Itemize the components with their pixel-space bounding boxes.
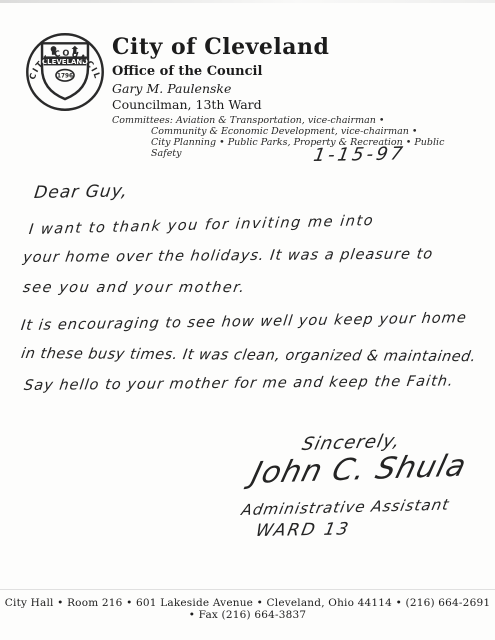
handwritten-body-line: your home over the holidays. It was a pl… — [22, 246, 434, 266]
handwritten-body-line: Say hello to your mother for me and keep… — [23, 374, 455, 394]
letterhead: City of Cleveland Office of the Council … — [112, 36, 472, 159]
city-council-seal-icon: CLEVELAND 1796 CITY COUNCIL — [24, 29, 106, 115]
handwritten-body-line: I want to thank you for inviting me into — [28, 213, 375, 238]
handwritten-salutation: Dear Guy, — [33, 181, 129, 203]
letterhead-office: Office of the Council — [112, 64, 472, 79]
handwritten-signer-title: Administrative Assistant — [240, 496, 451, 519]
committees-line-2: Community & Economic Development, vice-c… — [112, 126, 472, 137]
handwritten-ward: WARD 13 — [254, 519, 352, 541]
footer-address-line: City Hall • Room 216 • 601 Lakeside Aven… — [0, 597, 495, 621]
footer-divider — [0, 589, 495, 590]
committees-line-3: City Planning • Public Parks, Property &… — [112, 137, 472, 159]
handwritten-body-line: It is encouraging to see how well you ke… — [20, 310, 468, 334]
letterhead-title: City of Cleveland — [112, 36, 472, 59]
seal-year-text: 1796 — [57, 74, 73, 80]
letter-page: CLEVELAND 1796 CITY COUNCIL City of Clev… — [0, 0, 495, 640]
handwritten-body-line: in these busy times. It was clean, organ… — [20, 346, 477, 365]
letterhead-official-title: Councilman, 13th Ward — [112, 97, 472, 112]
letterhead-official-name: Gary M. Paulenske — [112, 81, 472, 96]
committees-line-1: Committees: Aviation & Transportation, v… — [112, 115, 472, 126]
handwritten-body-line: see you and your mother. — [22, 280, 247, 296]
handwritten-date: 1-15-97 — [312, 143, 407, 166]
scan-artifact-top-edge — [0, 0, 495, 3]
letterhead-committees: Committees: Aviation & Transportation, v… — [112, 115, 472, 159]
handwritten-signature: John C. Shula — [248, 449, 470, 491]
